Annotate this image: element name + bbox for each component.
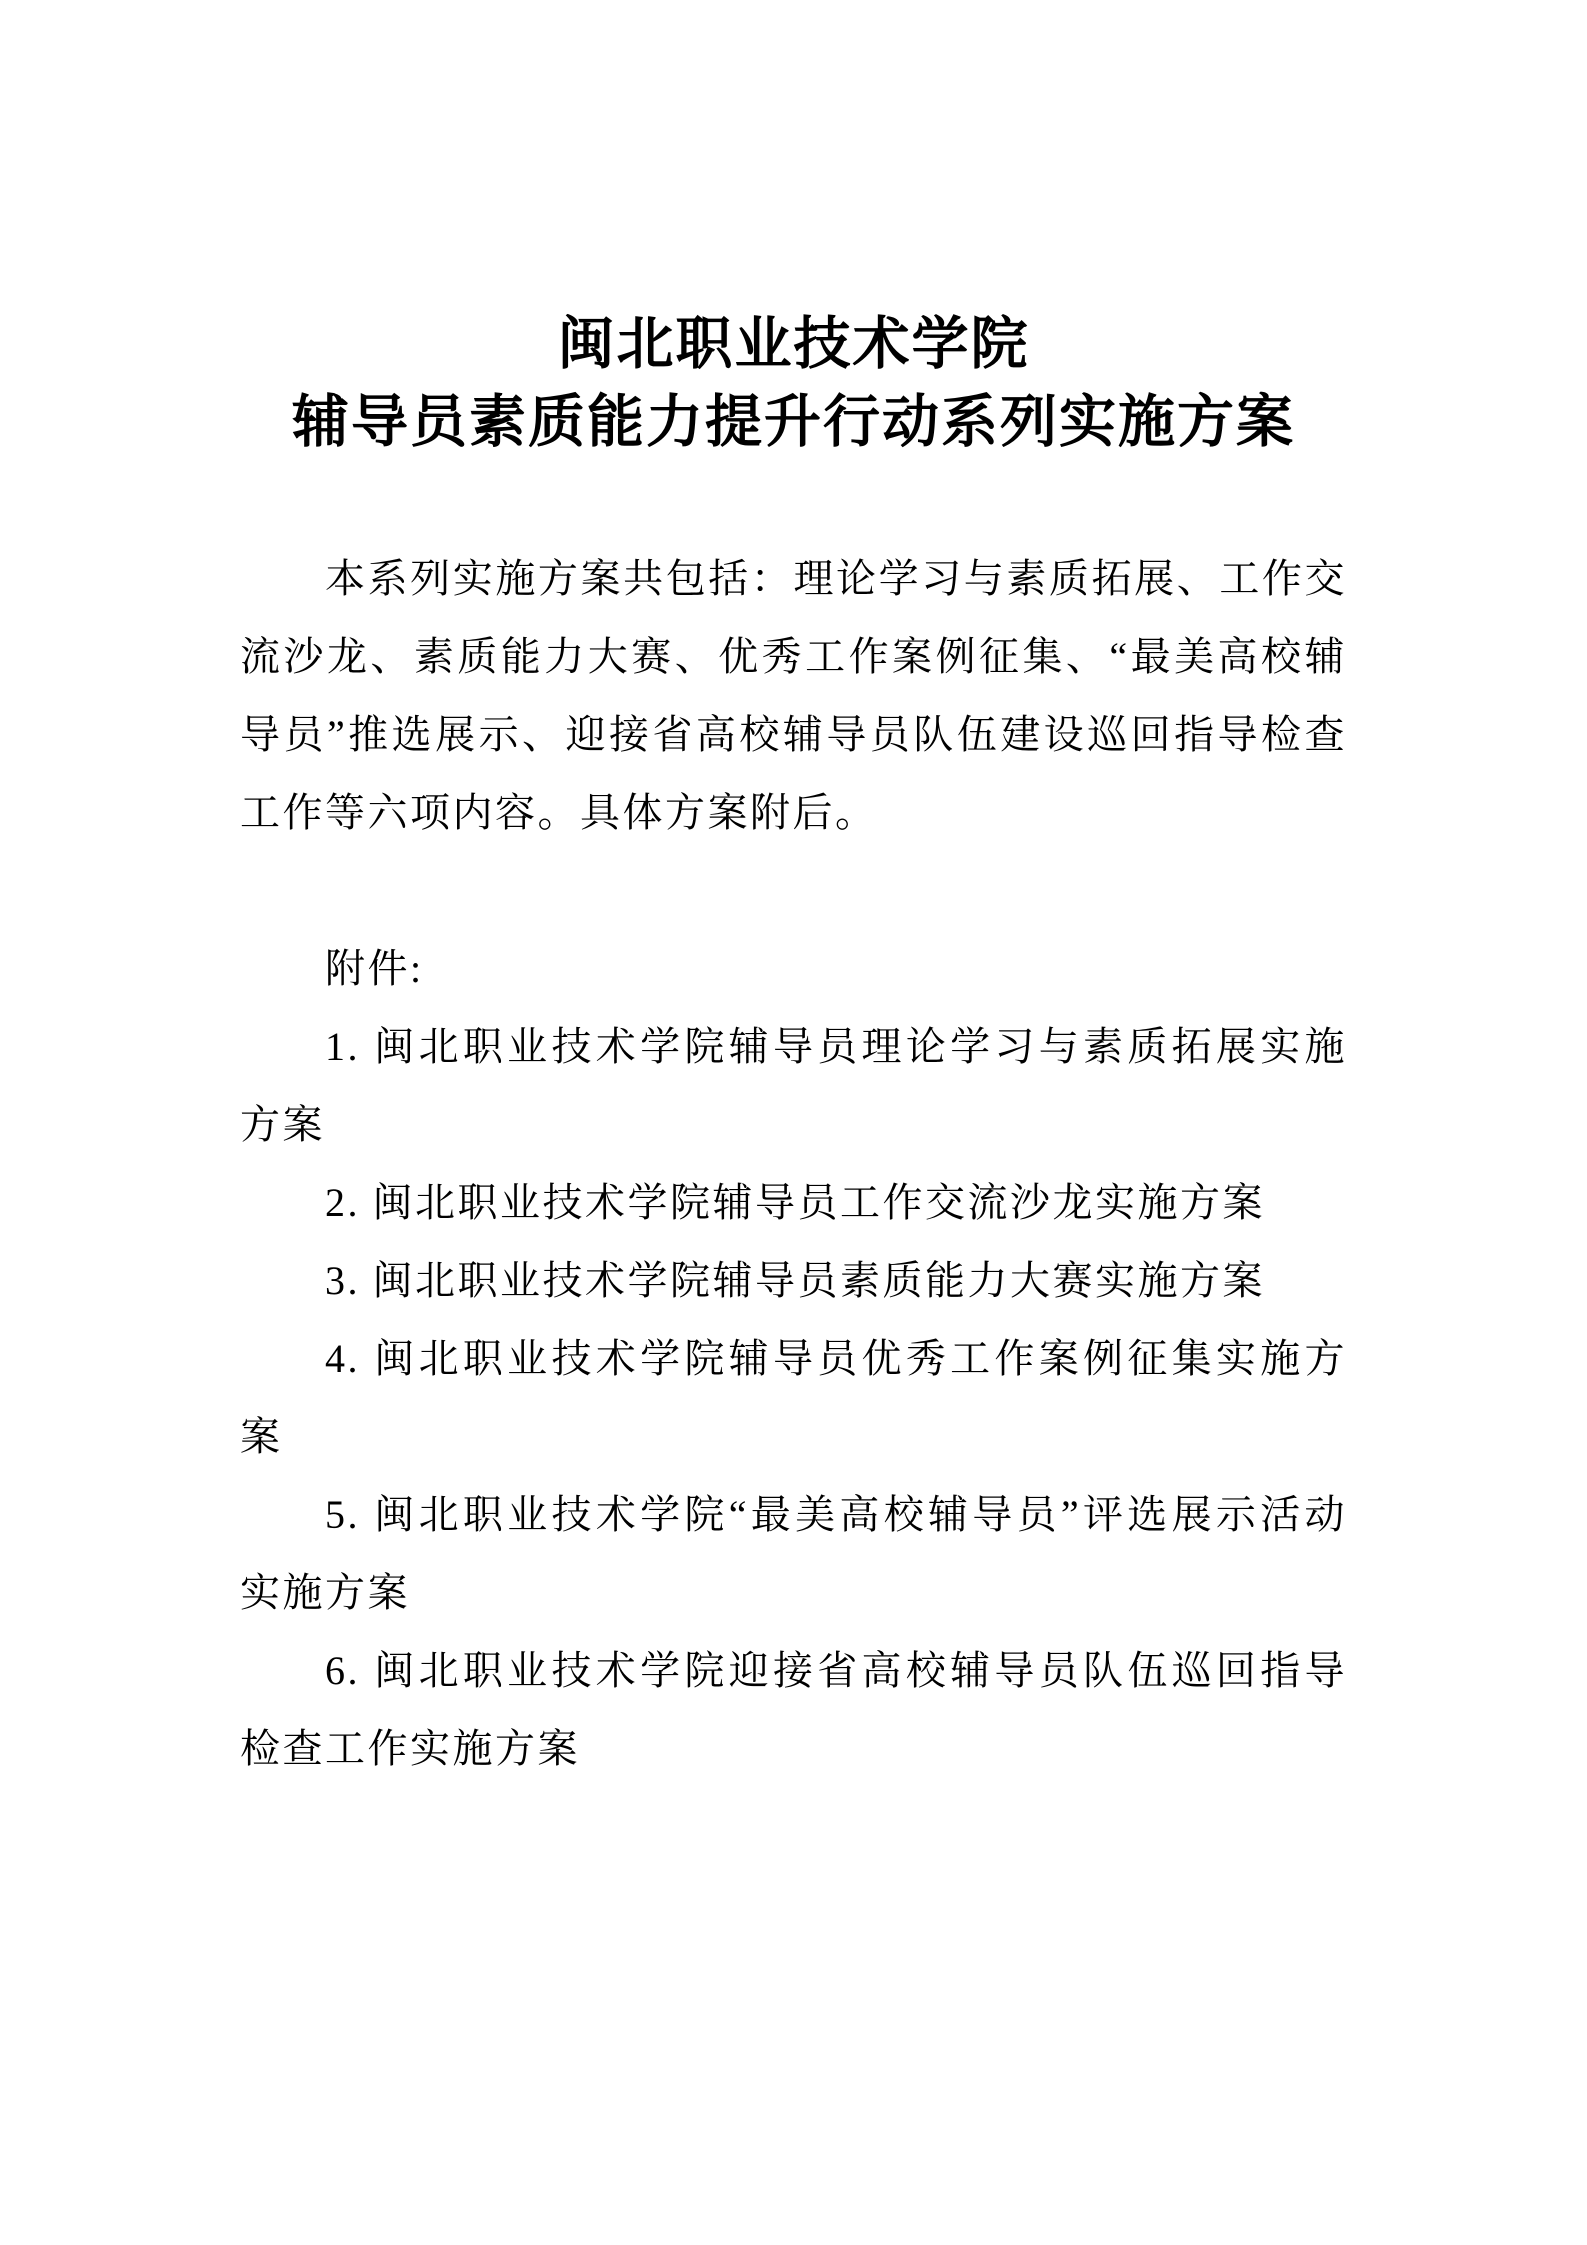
title-line-2: 辅导员素质能力提升行动系列实施方案 [240, 384, 1347, 462]
attachment-item-5: 5. 闽北职业技术学院“最美高校辅导员”评选展示活动实施方案 [240, 1476, 1347, 1632]
attachment-item-2: 2. 闽北职业技术学院辅导员工作交流沙龙实施方案 [240, 1164, 1347, 1242]
document-title: 闽北职业技术学院 辅导员素质能力提升行动系列实施方案 [240, 306, 1347, 462]
attachment-item-1: 1. 闽北职业技术学院辅导员理论学习与素质拓展实施方案 [240, 1008, 1347, 1164]
document-page: 闽北职业技术学院 辅导员素质能力提升行动系列实施方案 本系列实施方案共包括：理论… [0, 0, 1587, 2245]
intro-paragraph: 本系列实施方案共包括：理论学习与素质拓展、工作交流沙龙、素质能力大赛、优秀工作案… [240, 540, 1347, 852]
attachments-label: 附件: [240, 930, 1347, 1008]
attachment-item-3: 3. 闽北职业技术学院辅导员素质能力大赛实施方案 [240, 1242, 1347, 1320]
attachment-item-4: 4. 闽北职业技术学院辅导员优秀工作案例征集实施方案 [240, 1320, 1347, 1476]
attachment-item-6: 6. 闽北职业技术学院迎接省高校辅导员队伍巡回指导检查工作实施方案 [240, 1632, 1347, 1788]
title-line-1: 闽北职业技术学院 [240, 306, 1347, 384]
